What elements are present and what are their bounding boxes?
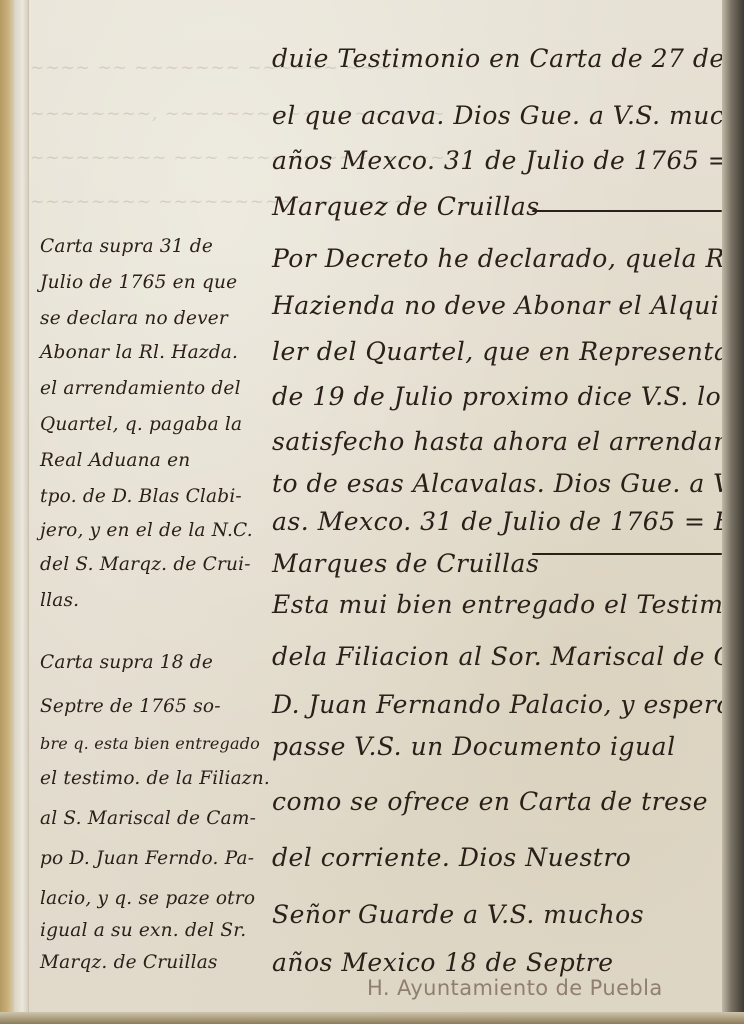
margin-line: el testimo. de la Filiazn. [40, 768, 270, 789]
main-line: ler del Quartel, que en Representacion [272, 337, 744, 366]
margin-line: Quartel, q. pagaba la [40, 414, 242, 435]
main-line: passe V.S. un Documento igual [272, 732, 676, 761]
main-line: años Mexico 18 de Septre [272, 948, 614, 977]
margin-line: llas. [40, 590, 79, 611]
book-binding [0, 0, 14, 1024]
margin-line: lacio, y q. se paze otro [40, 888, 255, 909]
main-line: Hazienda no deve Abonar el Alqui [272, 291, 719, 320]
main-line: años Mexco. 31 de Julio de 1765 = El [272, 146, 744, 175]
margin-line: igual a su exn. del Sr. [40, 920, 246, 941]
margin-line: Septre de 1765 so- [40, 696, 221, 717]
main-line: Esta mui bien entregado el Testimo. [272, 590, 744, 619]
margin-line: Real Aduana en [40, 450, 190, 471]
manuscript-page: ~~~~ ~~ ~~~~~~~ ~~~~~~ ~~~~ ~~~~~~~~, ~~… [0, 0, 744, 1024]
margin-line: Carta supra 18 de [40, 652, 213, 673]
main-line: Por Decreto he declarado, quela Real [272, 244, 744, 273]
margin-line: el arrendamiento del [40, 378, 241, 399]
main-line: del corriente. Dios Nuestro [272, 843, 631, 872]
margin-line: tpo. de D. Blas Clabi- [40, 486, 242, 507]
main-line: dela Filiacion al Sor. Mariscal de Campo [272, 642, 744, 671]
margin-line: al S. Mariscal de Cam- [40, 808, 256, 829]
closing-flourish-rule [532, 553, 722, 555]
main-line: el que acava. Dios Gue. a V.S. muchos [272, 101, 744, 130]
margin-line: Abonar la Rl. Hazda. [40, 342, 238, 363]
margin-line: Julio de 1765 en que [40, 272, 237, 293]
main-line: D. Juan Fernando Palacio, y espero me [272, 690, 744, 719]
page-fold [14, 0, 29, 1024]
main-line: duie Testimonio en Carta de 27 de [272, 44, 725, 73]
page-bottom-edge [0, 1012, 744, 1024]
margin-line: po D. Juan Ferndo. Pa- [40, 848, 254, 869]
main-line: Marquez de Cruillas [272, 192, 540, 221]
main-line: como se ofrece en Carta de trese [272, 787, 708, 816]
margin-line: del S. Marqz. de Crui- [40, 554, 251, 575]
main-line: satisfecho hasta ahora el arrendamien [272, 427, 744, 456]
main-line: to de esas Alcavalas. Dios Gue. a V.S. m… [272, 469, 744, 498]
main-line: as. Mexco. 31 de Julio de 1765 = El [272, 507, 741, 536]
margin-line: jero, y en el de la N.C. [40, 520, 253, 541]
main-line: Marques de Cruillas [272, 549, 539, 578]
next-page-shadow [722, 0, 744, 1024]
margin-line: Marqz. de Cruillas [40, 952, 218, 973]
margin-line: se declara no dever [40, 308, 228, 329]
main-line: de 19 de Julio proximo dice V.S. lo ha [272, 382, 744, 411]
margin-line: bre q. esta bien entregado [40, 734, 260, 753]
margin-line: Carta supra 31 de [40, 236, 213, 257]
archive-watermark: H. Ayuntamiento de Puebla [367, 976, 663, 1000]
main-line: Señor Guarde a V.S. muchos [272, 900, 644, 929]
closing-flourish-rule [532, 210, 722, 212]
